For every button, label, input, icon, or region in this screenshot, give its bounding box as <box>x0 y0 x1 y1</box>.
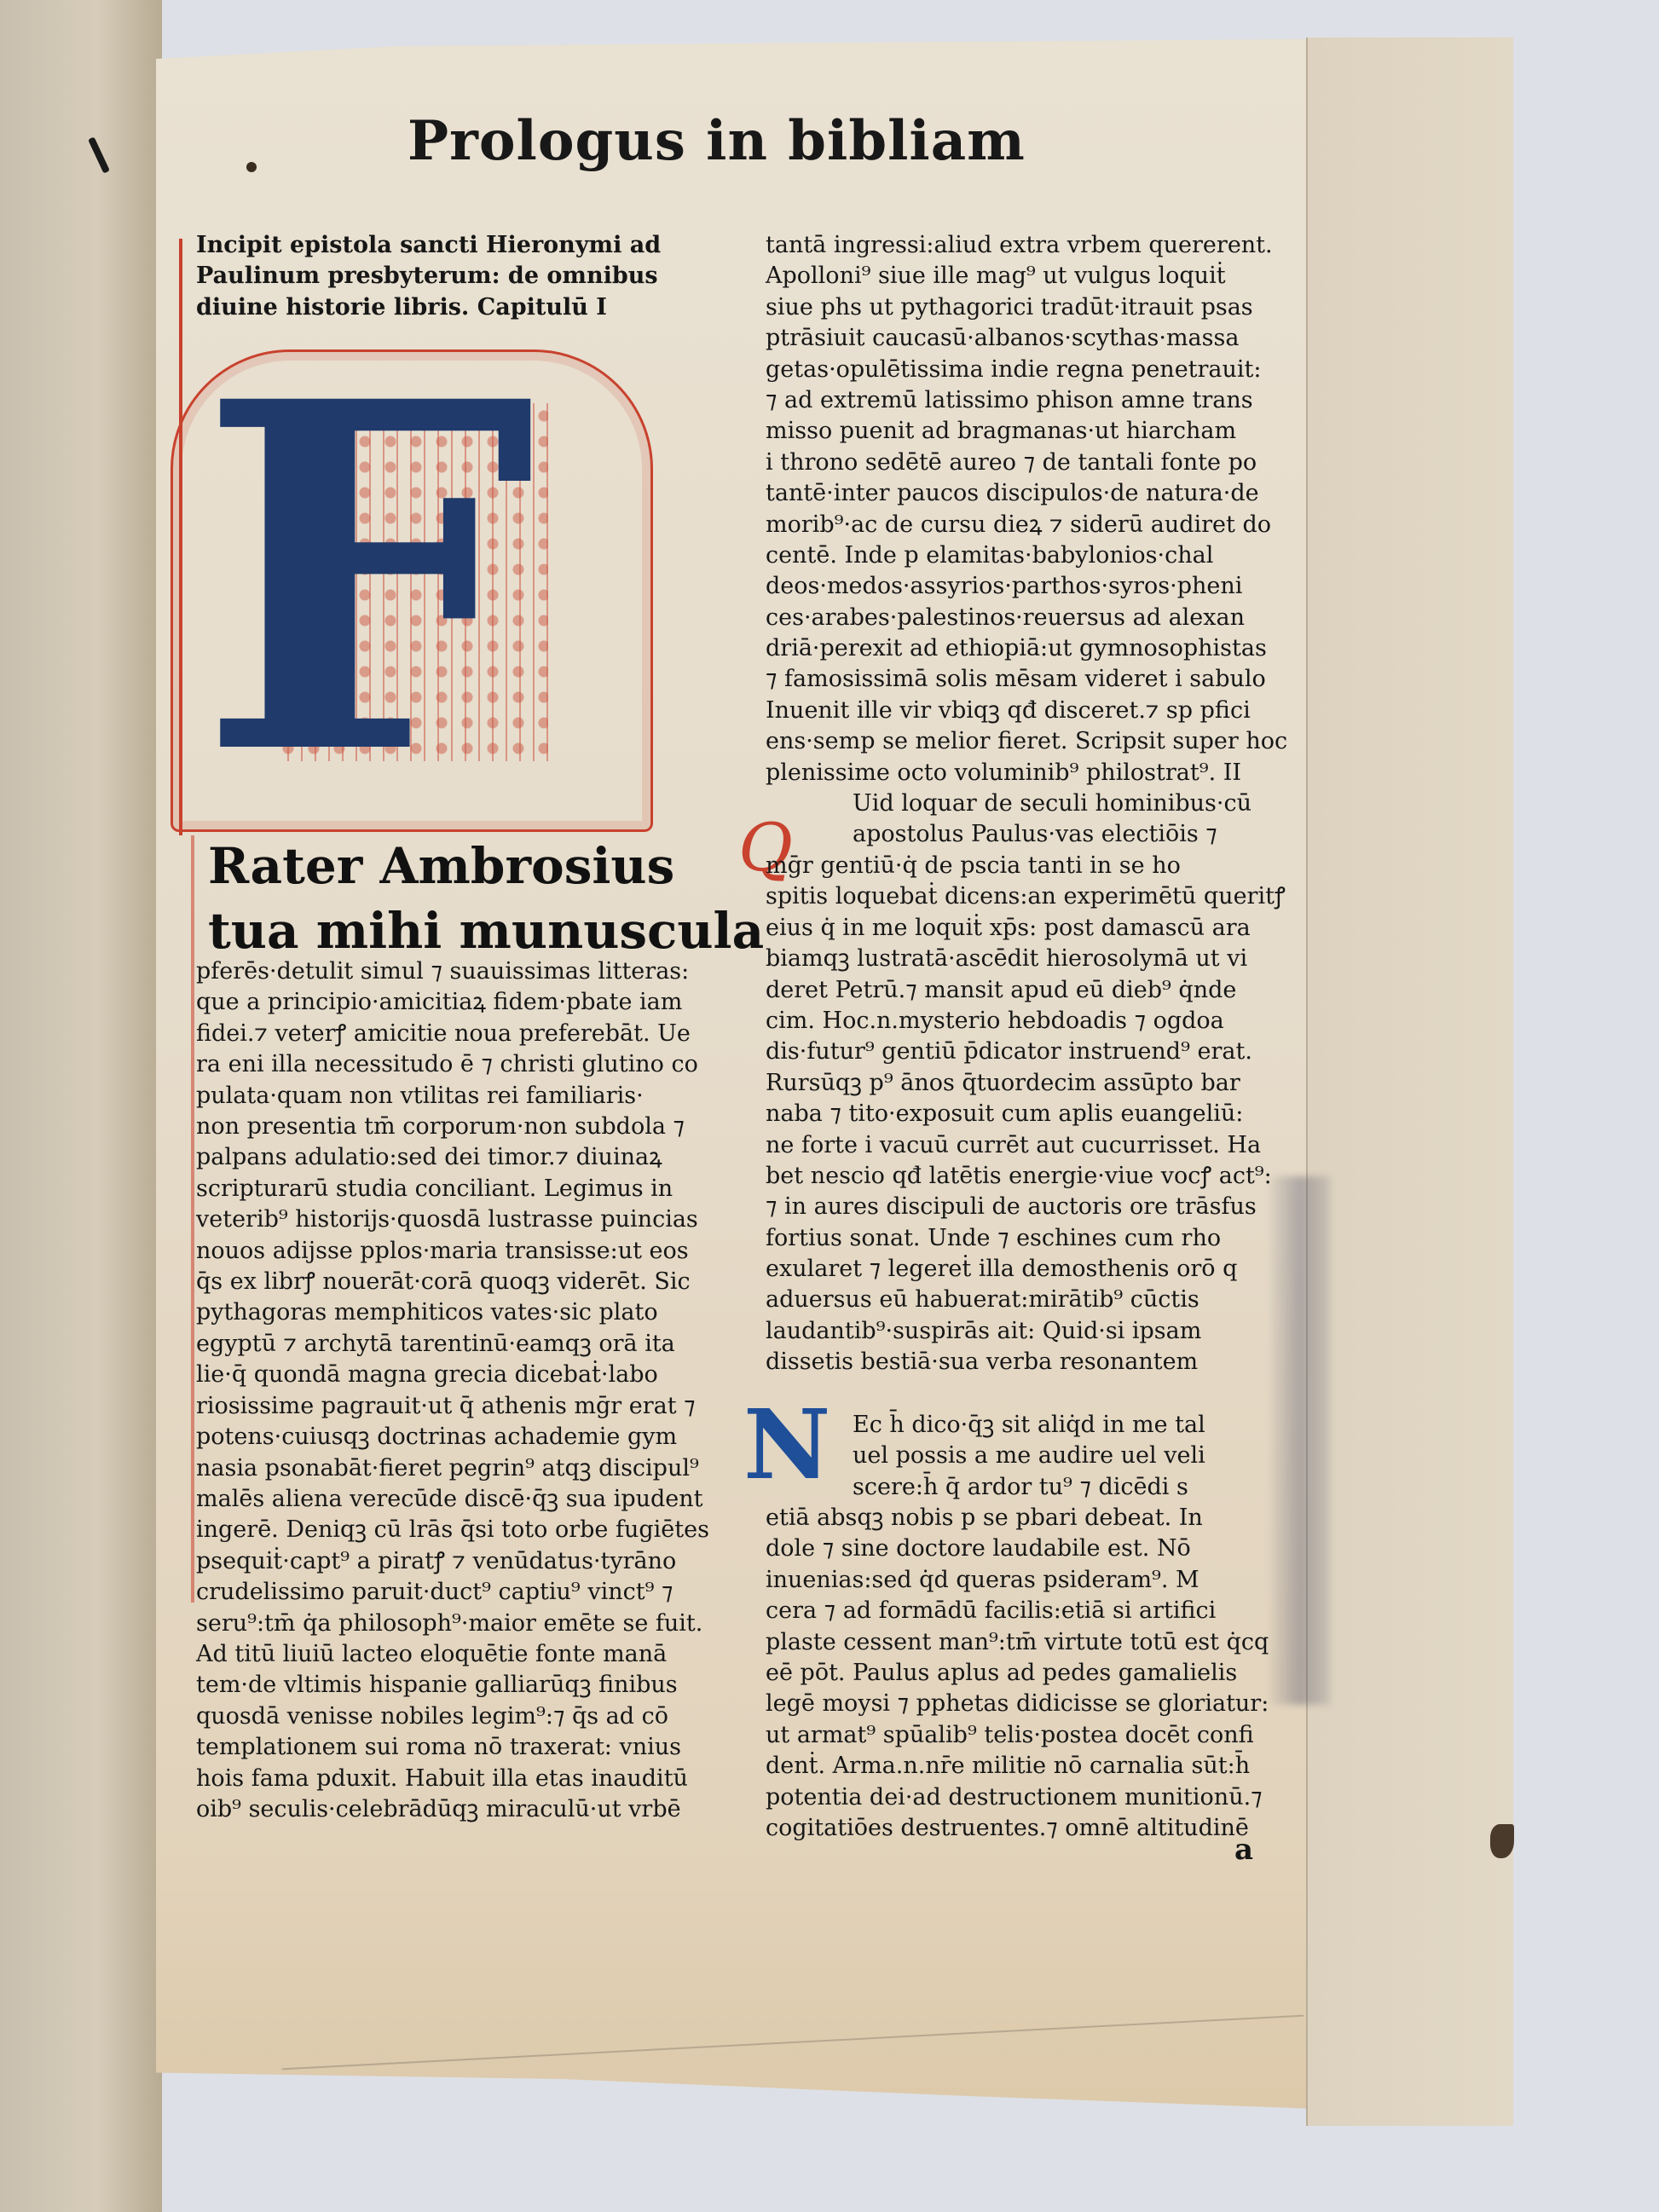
text-line: deret Petrū.⁊ mansit apud eū dieb⁹ q̇nde <box>766 975 1286 1006</box>
right-column-part2: mḡr gentiū·q̇ de pscia tanti in se ho sp… <box>766 851 1286 1378</box>
text-line: crudelissimo paruit·duct⁹ captiu⁹ vinct⁹… <box>196 1577 709 1608</box>
text-line: lie·q̄ quondā magna grecia dicebaṫ·labo <box>196 1360 709 1390</box>
text-line: que a principio·amicitiaꝝ fidem·pbate ia… <box>196 987 709 1018</box>
text-line: Uid loquar de seculi hominibus·cū <box>853 788 1251 819</box>
text-line: ces·arabes·palestinos·reuersus ad alexan <box>766 603 1294 633</box>
text-line: dissetis bestiā·sua verba resonantem <box>766 1347 1286 1377</box>
rubricated-initial-n: N <box>743 1389 830 1501</box>
text-line: dole ⁊ sine doctore laudabile est. Nō <box>766 1533 1269 1564</box>
text-line: mḡr gentiū·q̇ de pscia tanti in se ho <box>766 851 1286 881</box>
text-line: potentia dei·ad destructionem munitionū.… <box>766 1782 1269 1813</box>
text-line: potens·cuiusqꝫ doctrinas achademie gym <box>196 1422 709 1453</box>
right-column-part2-indented: Uid loquar de seculi hominibus·cū aposto… <box>853 788 1251 851</box>
text-line: fidei.⁊ veterꝭ amicitie noua preferebāt.… <box>196 1019 709 1049</box>
text-line: egyptū ⁊ archytā tarentinū·eamqꝫ orā ita <box>196 1329 709 1360</box>
text-line: aduersus eū habuerat:mirātib⁹ cūctis <box>766 1285 1286 1315</box>
text-line: inuenias:sed q̇d queras psideram⁹. M <box>766 1565 1269 1596</box>
text-line: tantē·inter paucos discipulos·de natura·… <box>766 478 1294 509</box>
text-line: nasia psonabāt·fieret pegrin⁹ atqꝫ disci… <box>196 1453 709 1484</box>
text-line: uel possis a me audire uel veli <box>853 1441 1205 1471</box>
opening-line: tua mihi munuscula <box>208 898 764 963</box>
text-line: misso puenit ad bragmanas·ut hiarcham <box>766 416 1294 447</box>
text-line: Apolloni⁹ siue ille mag⁹ ut vulgus loqui… <box>766 261 1294 292</box>
text-line: ne forte i vacuū currēt aut cucurrisset.… <box>766 1130 1286 1161</box>
text-line: bet nescio qđ latētis energie·viue vocꝭ … <box>766 1161 1286 1192</box>
text-line: riosissime pagrauit·ut q̄ athenis mḡr er… <box>196 1391 709 1422</box>
leaf-margin-repair <box>1306 38 1513 2126</box>
text-line: psequiṫ·capt⁹ a piratꝭ ⁊ venūdatus·tyrān… <box>196 1546 709 1577</box>
text-line: i throno sedētē aureo ⁊ de tantali fonte… <box>766 448 1294 478</box>
left-column-body: pferēs·detulit simul ⁊ suauissimas litte… <box>196 956 709 1825</box>
text-line: oib⁹ seculis·celebrādūqꝫ miraculū·ut vrb… <box>196 1794 709 1825</box>
text-line: nouos adijsse pplos·maria transisse:ut e… <box>196 1236 709 1267</box>
text-line: templationem sui roma nō traxerat: vnius <box>196 1732 709 1763</box>
text-line: veterib⁹ historijs·quosdā lustrasse puin… <box>196 1204 709 1235</box>
signature-mark: a <box>1234 1833 1253 1867</box>
text-line: pulata·quam non vtilitas rei familiaris· <box>196 1081 709 1112</box>
text-line: eē pōt. Paulus aplus ad pedes gamalielis <box>766 1658 1269 1689</box>
text-line: fortius sonat. Unde ⁊ eschines cum rho <box>766 1223 1286 1254</box>
text-line: getas·opulētissima indie regna penetraui… <box>766 355 1294 385</box>
text-line: Inuenit ille vir vbiqꝫ qđ disceret.⁊ sp … <box>766 696 1294 726</box>
text-line: cera ⁊ ad formādū facilis:etiā si artifi… <box>766 1596 1269 1626</box>
text-line: naba ⁊ tito·exposuit cum aplis euangeliū… <box>766 1099 1286 1129</box>
text-line: Ad titū liuiū lacteo eloquētie fonte man… <box>196 1639 709 1670</box>
text-line: cim. Hoc.n.mysterio hebdoadis ⁊ ogdoa <box>766 1006 1286 1037</box>
facing-page-left <box>0 0 162 2212</box>
text-line: biamqꝫ lustratā·ascēdit hierosolymā ut v… <box>766 944 1286 974</box>
right-column-part3-indented: Ec h̄ dico·q̄ꝫ sit aliq̇d in me tal uel … <box>853 1410 1205 1503</box>
text-line: tantā ingressi:aliud extra vrbem querere… <box>766 230 1294 261</box>
text-line: ⁊ ad extremū latissimo phison amne trans <box>766 385 1294 416</box>
text-line: dis·futur⁹ gentiū p̄dicator instruend⁹ e… <box>766 1037 1286 1067</box>
text-line: palpans adulatio:sed dei timor.⁊ diuinaꝝ <box>196 1142 709 1173</box>
edge-tear <box>1490 1824 1514 1858</box>
text-line: seru⁹:tm̄ q̇a philosoph⁹·maior emēte se … <box>196 1608 709 1639</box>
text-line: ra eni illa necessitudo ē ⁊ christi glut… <box>196 1049 709 1080</box>
text-line: exularet ⁊ legereṫ illa demosthenis orō … <box>766 1254 1286 1285</box>
text-line: centē. Inde p elamitas·babylonios·chal <box>766 540 1294 571</box>
rubric-flourish <box>191 835 194 1603</box>
text-line: ptrāsiuit caucasū·albanos·scythas·massa <box>766 323 1294 354</box>
text-line: laudantib⁹·suspirās ait: Quid·si ipsam <box>766 1316 1286 1347</box>
text-line: apostolus Paulus·vas electiōis ⁊ <box>853 819 1251 850</box>
text-line: hois fama pduxit. Habuit illa etas inaud… <box>196 1764 709 1794</box>
text-line: pythagoras memphiticos vates·sic plato <box>196 1297 709 1328</box>
text-line: tem·de vltimis hispanie galliarūqꝫ finib… <box>196 1670 709 1701</box>
text-line: ⁊ in aures discipuli de auctoris ore trā… <box>766 1192 1286 1222</box>
text-line: ingerē. Deniqꝫ cū lrās q̄si toto orbe fu… <box>196 1515 709 1545</box>
text-line: plenissime octo voluminib⁹ philostrat⁹. … <box>766 758 1294 788</box>
text-line: ⁊ famosissimā solis mēsam videret i sabu… <box>766 664 1294 695</box>
text-line: Ec h̄ dico·q̄ꝫ sit aliq̇d in me tal <box>853 1410 1205 1441</box>
text-line: morib⁹·ac de cursu dieꝝ ⁊ siderū audiret… <box>766 510 1294 540</box>
text-line: cogitatiōes destruentes.⁊ omnē altitudin… <box>766 1813 1269 1844</box>
text-line: Rursūqꝫ p⁹ ānos q̄tuordecim assūpto bar <box>766 1068 1286 1099</box>
text-line: scere:h̄ q̄ ardor tu⁹ ⁊ dicēdi s <box>853 1472 1205 1503</box>
text-line: driā·perexit ad ethiopiā:ut gymnosophist… <box>766 633 1294 664</box>
text-line: ut armat⁹ spūalib⁹ telis·postea docēt co… <box>766 1720 1269 1751</box>
text-line: non presentia tm̄ corporum·non subdola ⁊ <box>196 1112 709 1142</box>
right-column-part1: tantā ingressi:aliud extra vrbem querere… <box>766 230 1294 788</box>
incipit-line: Incipit epistola sancti Hieronymi ad <box>196 230 725 261</box>
text-line: legē moysi ⁊ pphetas didicisse se gloria… <box>766 1689 1269 1719</box>
wormhole <box>246 162 257 172</box>
running-head: Prologus in bibliam <box>408 109 1026 173</box>
right-column-part3: etiā absqꝫ nobis p se pbari debeat. In d… <box>766 1503 1269 1844</box>
opening-line: Rater Ambrosius <box>208 834 764 898</box>
text-line: quosdā venisse nobiles legim⁹:⁊ q̄s ad c… <box>196 1701 709 1732</box>
incipit-line: Paulinum presbyterum: de omnibus <box>196 261 725 292</box>
text-line: q̄s ex librꝭ nouerāt·corā quoqꝫ viderēt.… <box>196 1267 709 1297</box>
text-line: plaste cessent man⁹:tm̄ virtute totū est… <box>766 1627 1269 1658</box>
text-line: etiā absqꝫ nobis p se pbari debeat. In <box>766 1503 1269 1533</box>
text-line: siue phs ut pythagorici tradūt·itrauit p… <box>766 292 1294 323</box>
text-line: spitis loquebaṫ dicens:an experimētū que… <box>766 881 1286 912</box>
ink-blot <box>88 136 110 173</box>
text-line: denṫ. Arma.n.nr̄e militie nō carnalia sū… <box>766 1751 1269 1782</box>
text-line: ens·semp se melior fieret. Scripsit supe… <box>766 726 1294 757</box>
text-line: deos·medos·assyrios·parthos·syros·pheni <box>766 571 1294 602</box>
opening-words: Rater Ambrosius tua mihi munuscula <box>208 834 764 963</box>
text-line: scripturarū studia conciliant. Legimus i… <box>196 1174 709 1204</box>
text-line: eius q̇ in me loquiṫ xp̄s: post damascū … <box>766 913 1286 944</box>
text-line: pferēs·detulit simul ⁊ suauissimas litte… <box>196 956 709 987</box>
illuminated-initial-f: F <box>198 358 537 801</box>
text-line: malēs aliena verecūde discē·q̄ꝫ sua ipud… <box>196 1484 709 1515</box>
